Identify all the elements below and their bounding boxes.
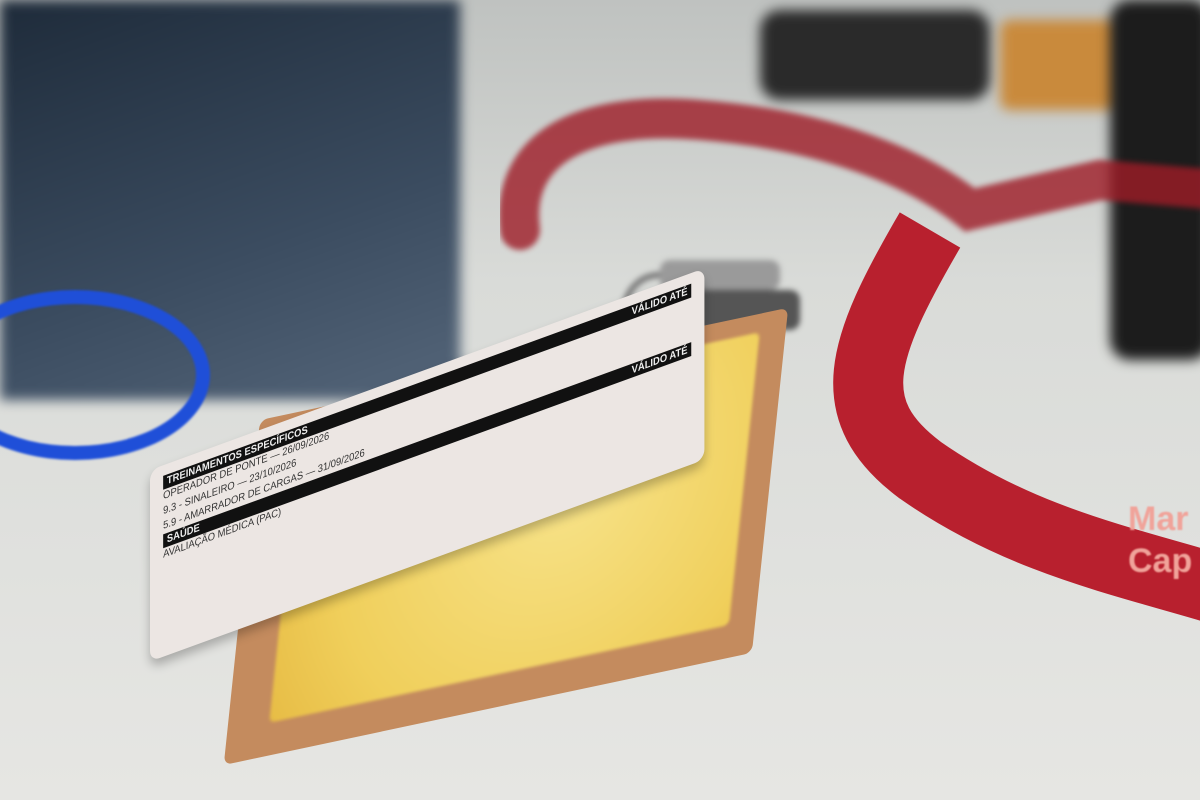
- lanyard-text: Mar Cap: [1128, 498, 1192, 582]
- background-object: [760, 10, 990, 100]
